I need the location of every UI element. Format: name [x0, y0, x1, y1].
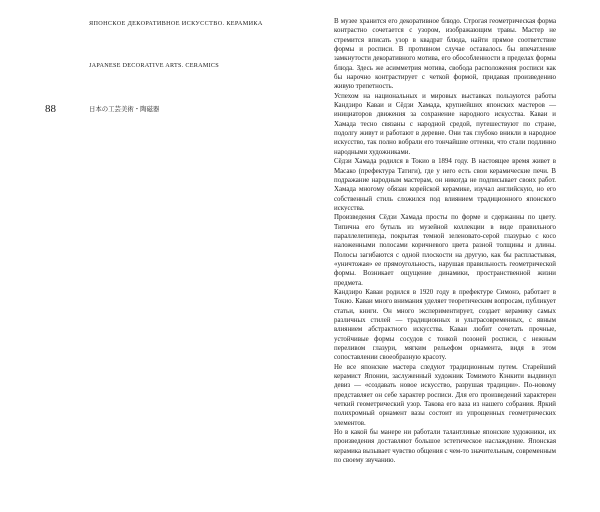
page-number: 88 [45, 103, 56, 115]
paragraph: Но в какой бы манере ни работали талантл… [334, 428, 556, 465]
body-text: В музее хранится его декоративное блюдо.… [334, 17, 556, 466]
paragraph: Не все японские мастера следуют традицио… [334, 363, 556, 428]
book-title-russian: ЯПОНСКОЕ ДЕКОРАТИВНОЕ ИСКУССТВО. КЕРАМИК… [89, 20, 263, 27]
paragraph: Кандзиро Каваи родился в 1920 году в пре… [334, 288, 556, 363]
book-title-english: JAPANESE DECORATIVE ARTS. CERAMICS [89, 62, 219, 69]
paragraph: В музее хранится его декоративное блюдо.… [334, 17, 556, 92]
left-page: ЯПОНСКОЕ ДЕКОРАТИВНОЕ ИСКУССТВО. КЕРАМИК… [0, 0, 300, 512]
book-title-japanese: 日本の工芸美術・陶磁器 [89, 104, 159, 113]
paragraph: Произведения Сёдзи Хамада просты по форм… [334, 213, 556, 288]
paragraph: Успехом на национальных и мировых выстав… [334, 92, 556, 157]
right-page: В музее хранится его декоративное блюдо.… [300, 0, 600, 512]
paragraph: Сёдзи Хамада родился в Токио в 1894 году… [334, 157, 556, 213]
